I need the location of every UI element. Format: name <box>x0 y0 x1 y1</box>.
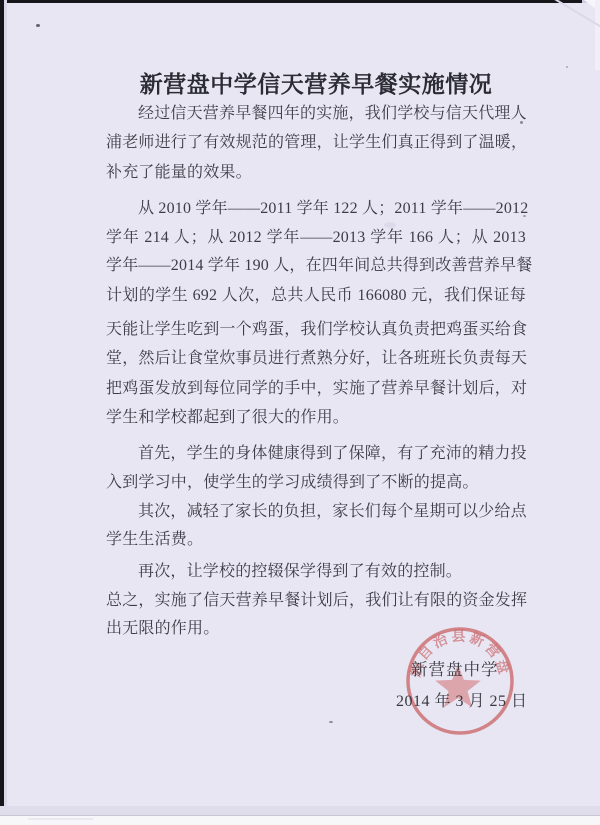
body-line: 其次，减轻了家长的负担，家长们每个星期可以少给点 <box>106 501 526 523</box>
document-title: 新营盘中学信天营养早餐实施情况 <box>106 66 526 99</box>
body-line: 学生和学校都起到了很大的作用。 <box>106 407 526 429</box>
body-line: 天能让学生吃到一个鸡蛋，我们学校认真负责把鸡蛋买给食 <box>106 319 526 341</box>
scan-edge-left-shade <box>4 0 7 816</box>
body-line: 把鸡蛋发放到每位同学的手中，实施了营养早餐计划后，对 <box>106 378 526 400</box>
official-seal-stamp: 族自治县新营盘 <box>390 611 530 751</box>
body-line: 学年 214 人；从 2012 学年——2013 学年 166 人；从 2013 <box>106 227 526 249</box>
paper-bottom-shadow <box>0 806 600 815</box>
body-line: 从 2010 学年——2011 学年 122 人；2011 学年——2012 <box>106 198 526 220</box>
body-line: 入到学习中，使学生的学习成绩得到了不断的提高。 <box>106 472 526 494</box>
body-line: 学生生活费。 <box>106 529 526 551</box>
scan-edge-top <box>0 0 582 3</box>
scan-speck <box>566 66 568 68</box>
body-line: 计划的学生 692 人次，总共人民币 166080 元，我们保证每 <box>106 285 526 307</box>
body-line: 学年——2014 学年 190 人，在四年间总共得到改善营养早餐 <box>106 255 526 277</box>
body-line: 再次，让学校的控辍保学得到了有效的控制。 <box>106 561 526 583</box>
scan-edge-right-shade <box>595 0 600 70</box>
signature-date: 2014 年 3 月 25 日 <box>396 688 528 711</box>
body-line: 浦老师进行了有效规范的管理，让学生们真正得到了温暖， <box>106 132 526 154</box>
scan-speck <box>329 721 333 723</box>
scan-edge-bottom <box>0 815 600 825</box>
scan-bottom-line <box>28 818 93 820</box>
body-line: 总之，实施了信天营养早餐计划后，我们让有限的资金发挥 <box>106 590 526 612</box>
signature-school-name: 新营盘中学 <box>411 656 499 680</box>
body-line: 补充了能量的效果。 <box>106 162 526 184</box>
scan-speck <box>36 24 40 27</box>
body-line: 首先，学生的身体健康得到了保障，有了充沛的精力投 <box>106 443 526 465</box>
scanned-document-page: 新营盘中学信天营养早餐实施情况 经过信天营养早餐四年的实施，我们学校与信天代理人… <box>0 0 600 825</box>
body-line: 堂，然后让食堂炊事员进行煮熟分好，让各班班长负责每天 <box>106 348 526 370</box>
body-line: 经过信天营养早餐四年的实施，我们学校与信天代理人 <box>106 103 526 125</box>
